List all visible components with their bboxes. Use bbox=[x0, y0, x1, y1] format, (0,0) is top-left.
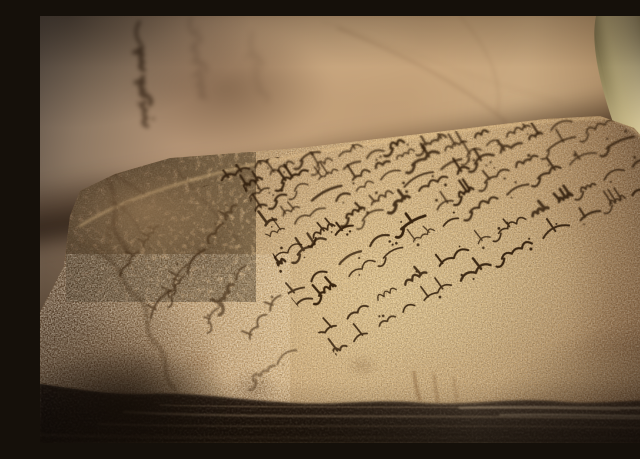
water-stains bbox=[40, 16, 640, 443]
upper-page-marks bbox=[40, 16, 640, 443]
book-fore-edge bbox=[40, 16, 640, 443]
soft-focus-bottom-left bbox=[40, 314, 230, 443]
background-left-shadow bbox=[40, 16, 98, 443]
display-case-edge bbox=[588, 16, 640, 256]
lower-page-surface bbox=[40, 16, 640, 443]
soft-focus-corner bbox=[60, 154, 230, 264]
color-grade-overlay bbox=[40, 16, 640, 443]
upper-page-blurred bbox=[40, 16, 640, 346]
page-junction-shadow bbox=[40, 67, 640, 254]
upper-page-surface bbox=[40, 16, 640, 358]
vignette-overlay bbox=[40, 16, 640, 443]
lower-page bbox=[40, 16, 640, 443]
manuscript-photograph bbox=[40, 16, 640, 443]
calligraphy-layer bbox=[40, 16, 640, 443]
background-right-surface bbox=[572, 16, 640, 376]
background-top-right-corner bbox=[574, 16, 640, 136]
fore-edge-dark-corner bbox=[40, 347, 240, 443]
